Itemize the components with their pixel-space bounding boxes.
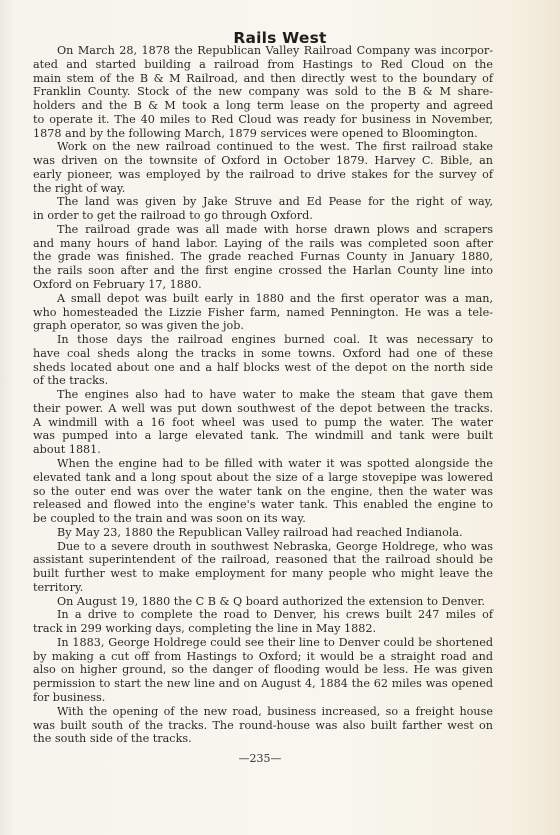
text-line: On August 19, 1880 the C B & Q board aut…	[33, 595, 493, 609]
text-line: By May 23, 1880 the Republican Valley ra…	[33, 526, 493, 540]
text-line: assistant superintendent of the railroad…	[33, 553, 493, 567]
text-line: their power. A well was put down southwe…	[33, 402, 493, 416]
text-line: ated and started building a railroad fro…	[33, 58, 493, 72]
text-line: the south side of the tracks.	[33, 732, 493, 746]
paragraph: A small depot was built early in 1880 an…	[33, 292, 493, 333]
text-line: about 1881.	[33, 443, 493, 457]
text-line: territory.	[33, 581, 493, 595]
text-line: have coal sheds along the tracks in some…	[33, 347, 493, 361]
text-line: the rails soon after and the first engin…	[33, 264, 493, 278]
text-line: 1878 and by the following March, 1879 se…	[33, 127, 493, 141]
text-line: In those days the railroad engines burne…	[33, 333, 493, 347]
text-line: and many hours of hand labor. Laying of …	[33, 237, 493, 251]
paragraph: The railroad grade was all made with hor…	[33, 223, 493, 292]
paragraph: The engines also had to have water to ma…	[33, 388, 493, 457]
text-line: of the tracks.	[33, 374, 493, 388]
text-line: Work on the new railroad continued to th…	[33, 140, 493, 154]
text-line: In 1883, George Holdrege could see their…	[33, 636, 493, 650]
paragraph: By May 23, 1880 the Republican Valley ra…	[33, 526, 493, 540]
text-line: With the opening of the new road, busine…	[33, 705, 493, 719]
text-line: by making a cut off from Hastings to Oxf…	[33, 650, 493, 664]
text-line: Due to a severe drouth in southwest Nebr…	[33, 540, 493, 554]
text-line: for business.	[33, 691, 493, 705]
body-text: On March 28, 1878 the Republican Valley …	[33, 44, 493, 746]
text-line: the right of way.	[33, 182, 493, 196]
text-line: the grade was finished. The grade reache…	[33, 250, 493, 264]
paragraph: On March 28, 1878 the Republican Valley …	[33, 44, 493, 140]
text-line: A small depot was built early in 1880 an…	[33, 292, 493, 306]
paragraph: Work on the new railroad continued to th…	[33, 140, 493, 195]
book-page: Rails West On March 28, 1878 the Republi…	[0, 0, 560, 835]
text-line: in order to get the railroad to go throu…	[33, 209, 493, 223]
text-line: who homesteaded the Lizzie Fisher farm, …	[33, 306, 493, 320]
text-line: main stem of the B & M Railroad, and the…	[33, 72, 493, 86]
text-line: Franklin County. Stock of the new compan…	[33, 85, 493, 99]
text-line: The railroad grade was all made with hor…	[33, 223, 493, 237]
page-number: —235—	[0, 752, 520, 765]
paragraph: When the engine had to be filled with wa…	[33, 457, 493, 526]
text-line: graph operator, so was given the job.	[33, 319, 493, 333]
paragraph: In a drive to complete the road to Denve…	[33, 608, 493, 636]
text-line: so the outer end was over the water tank…	[33, 485, 493, 499]
text-line: A windmill with a 16 foot wheel was used…	[33, 416, 493, 430]
paragraph: Due to a severe drouth in southwest Nebr…	[33, 540, 493, 595]
text-line: early pioneer, was employed by the railr…	[33, 168, 493, 182]
text-line: also on higher ground, so the danger of …	[33, 663, 493, 677]
text-line: The land was given by Jake Struve and Ed…	[33, 195, 493, 209]
text-line: When the engine had to be filled with wa…	[33, 457, 493, 471]
text-line: sheds located about one and a half block…	[33, 361, 493, 375]
paragraph: In 1883, George Holdrege could see their…	[33, 636, 493, 705]
text-line: was driven on the townsite of Oxford in …	[33, 154, 493, 168]
text-line: In a drive to complete the road to Denve…	[33, 608, 493, 622]
text-line: elevated tank and a long spout about the…	[33, 471, 493, 485]
text-line: track in 299 working days, completing th…	[33, 622, 493, 636]
text-line: be coupled to the train and was soon on …	[33, 512, 493, 526]
text-line: was built south of the tracks. The round…	[33, 719, 493, 733]
text-line: built further west to make employment fo…	[33, 567, 493, 581]
text-line: released and flowed into the engine's wa…	[33, 498, 493, 512]
text-line: Oxford on February 17, 1880.	[33, 278, 493, 292]
paragraph: With the opening of the new road, busine…	[33, 705, 493, 746]
text-line: permission to start the new line and on …	[33, 677, 493, 691]
text-line: holders and the B & M took a long term l…	[33, 99, 493, 113]
text-line: On March 28, 1878 the Republican Valley …	[33, 44, 493, 58]
text-line: was pumped into a large elevated tank. T…	[33, 429, 493, 443]
paragraph: In those days the railroad engines burne…	[33, 333, 493, 388]
text-line: to operate it. The 40 miles to Red Cloud…	[33, 113, 493, 127]
paragraph: On August 19, 1880 the C B & Q board aut…	[33, 595, 493, 609]
paragraph: The land was given by Jake Struve and Ed…	[33, 195, 493, 223]
text-line: The engines also had to have water to ma…	[33, 388, 493, 402]
